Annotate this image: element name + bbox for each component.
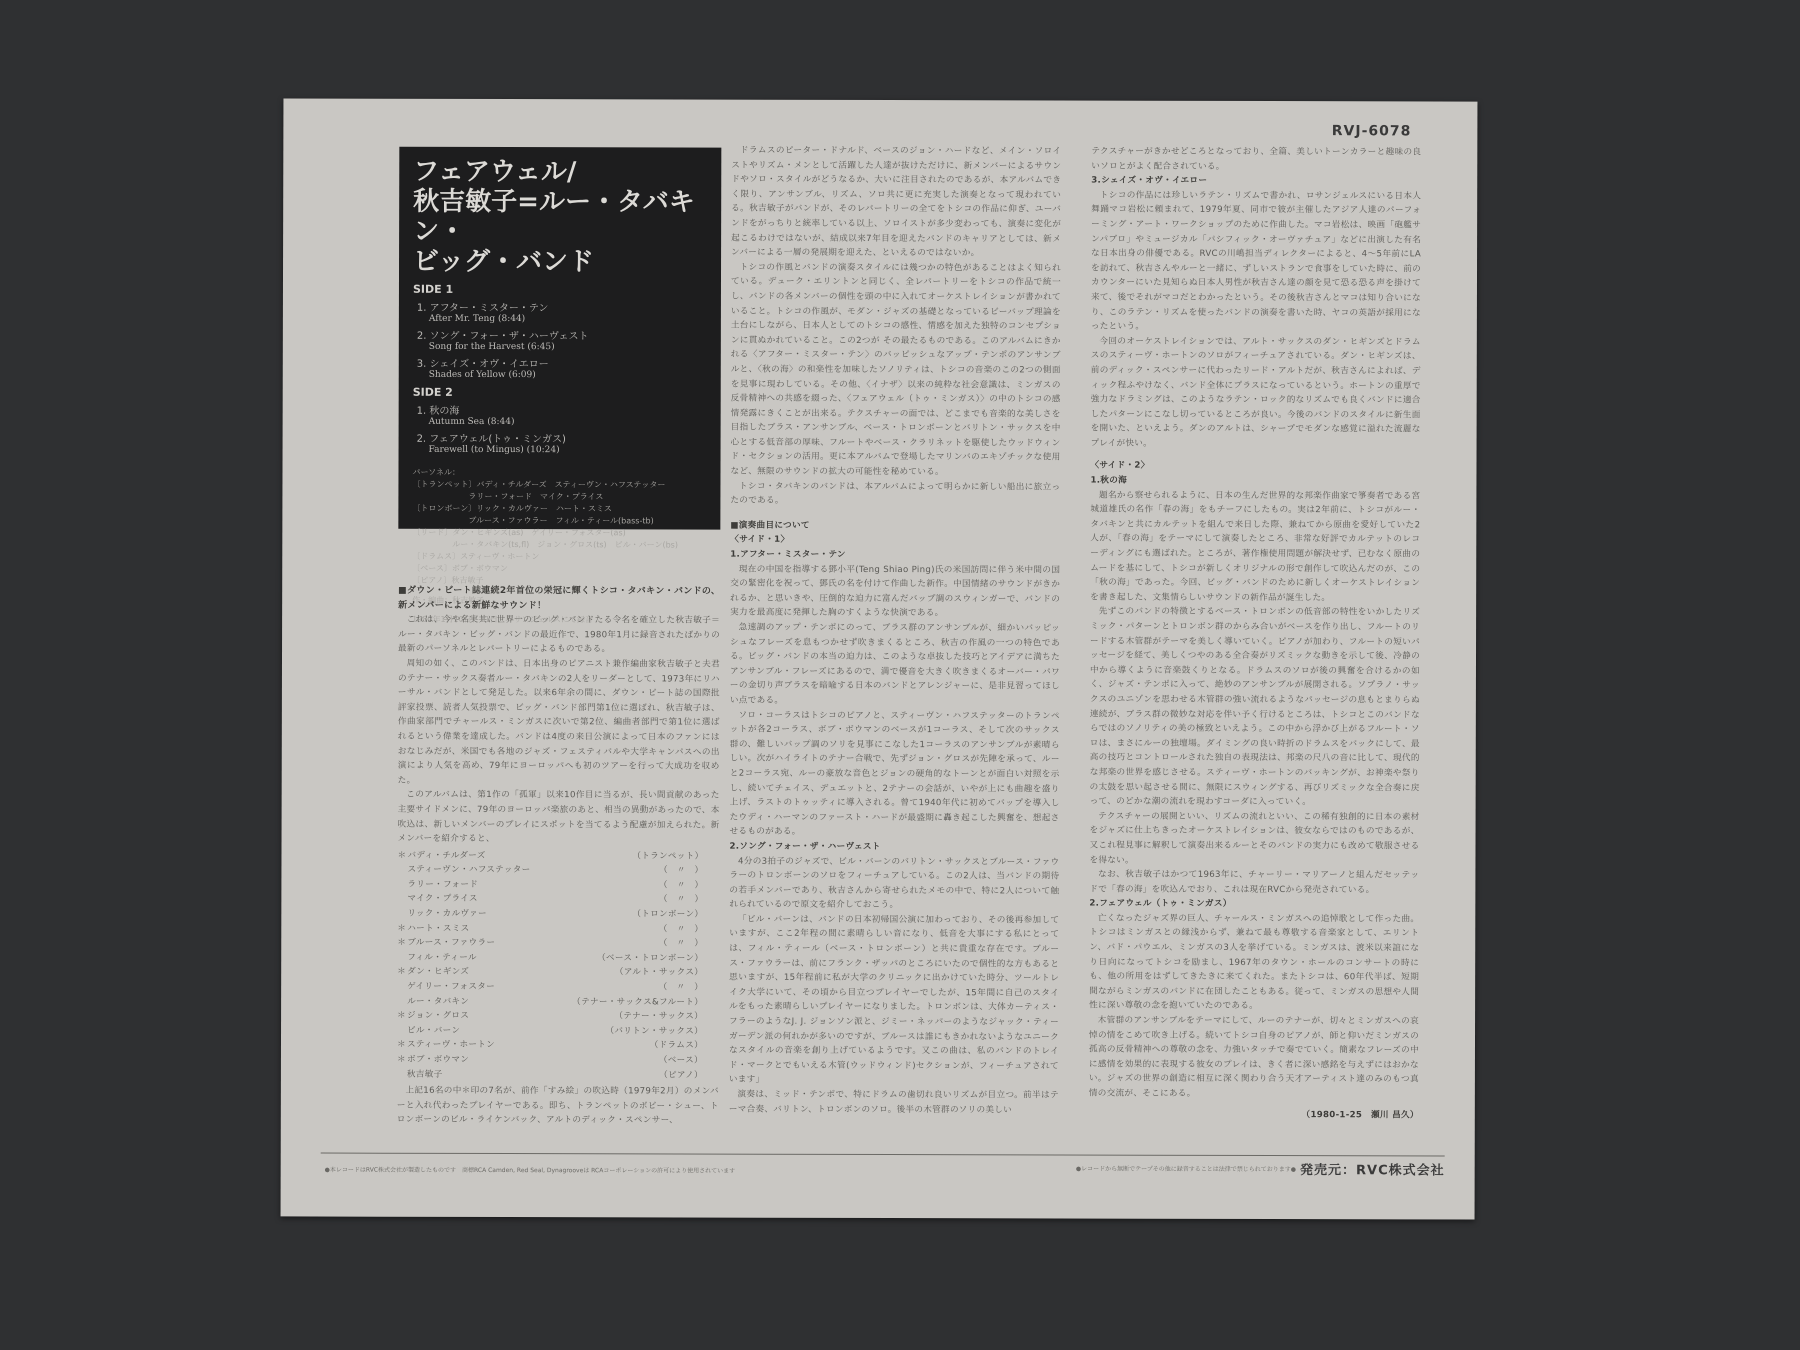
track2-heading: 2.ソング・フォー・ザ・ハーヴェスト bbox=[729, 840, 1059, 855]
member-row: ルー・タバキン（テナー・サックス&フルート） bbox=[397, 994, 719, 1009]
track-title-jp: 1. アフター・ミスター・テン bbox=[417, 299, 707, 315]
personnel: パーソネル： 〔トランペット〕バディ・チルダーズ スティーヴン・ハフステッター … bbox=[412, 467, 706, 588]
member-row: ＊ボブ・ボウマン（ベース） bbox=[397, 1053, 719, 1068]
paragraph: 木管群のアンサンブルをテーマにして、ルーのテナーが、切々とミンガスへの哀悼の情を… bbox=[1089, 1014, 1419, 1102]
paragraph: ドラムスのピーター・ドナルド、ベースのジョン・ハードなど、メイン・ソロイストやリ… bbox=[731, 144, 1061, 262]
track2-notes: 4分の3拍子のジャズで、ビル・バーンのバリトン・サックスとブルース・ファウラーの… bbox=[729, 854, 1060, 1118]
paragraph: 演奏は、ミッド・テンポで、特にドラムの歯切れ良いリズムが目立つ。前半はテーマ合奏… bbox=[729, 1088, 1059, 1118]
copyright-warning: ●レコードから無断でテープその他に録音することは法律で禁じられております● bbox=[1076, 1164, 1296, 1174]
track-title-en: Song for the Harvest (6:45) bbox=[429, 342, 707, 353]
member-instrument: （ 〃 ） bbox=[659, 878, 704, 893]
paragraph: 題名から察せられるように、日本の生んだ世界的な邦楽作曲家で箏奏者である宮城道雄氏… bbox=[1090, 488, 1420, 606]
member-row: ＊ダン・ヒギンズ（アルト・サックス） bbox=[397, 965, 719, 980]
member-instrument: （ 〃 ） bbox=[659, 893, 704, 908]
track1-notes: 現在の中国を指導する鄧小平(Teng Shiao Ping)氏の米国訪問に伴う米… bbox=[730, 562, 1061, 840]
album-title-line2: 秋吉敏子=ルー・タバキン・ bbox=[413, 187, 707, 248]
track-title-en: After Mr. Teng (8:44) bbox=[429, 314, 707, 325]
member-row: フィル・ティール（ベース・トロンボーン） bbox=[397, 951, 719, 966]
side2-tracklist: 1. 秋の海Autumn Sea (8:44)2. フェアウェル(トゥ・ミンガス… bbox=[413, 402, 707, 456]
after-members-text: 上記16名の中＊印の7名が、前作「すみ絵」の吹込時（1979年2月）のメンバーと… bbox=[397, 1084, 719, 1129]
paragraph: なお、秋吉敏子はかつて1963年に、チャーリー・マリアーノと組んだセッテッドで「… bbox=[1089, 868, 1419, 898]
paragraph: ソロ・コーラスはトシコのピアノと、スティーヴン・ハフステッターのトランペットが各… bbox=[730, 708, 1060, 840]
paragraph: 「ビル・バーンは、バンドの日本初帰国公演に加わっており、その後再参加していますが… bbox=[729, 912, 1059, 1088]
side1-label: SIDE 1 bbox=[413, 283, 707, 297]
s2track2-heading: 2.フェアウェル（トゥ・ミンガス） bbox=[1089, 897, 1419, 912]
member-row: マイク・プライス（ 〃 ） bbox=[397, 892, 719, 907]
side1-subheading: 〈サイド・1〉 bbox=[730, 533, 1060, 548]
member-instrument: （ 〃 ） bbox=[659, 922, 704, 937]
side2-label: SIDE 2 bbox=[413, 386, 707, 400]
member-name: ＊ジョン・グロス bbox=[407, 1009, 469, 1024]
member-name: ラリー・フォード bbox=[407, 878, 478, 893]
member-row: ラリー・フォード（ 〃 ） bbox=[397, 878, 719, 893]
member-name: ＊スティーヴ・ホートン bbox=[407, 1038, 495, 1053]
star-mark: ＊ bbox=[397, 1009, 407, 1024]
member-row: ＊ジョン・グロス（テナー・サックス） bbox=[397, 1009, 719, 1024]
member-row: ビル・バーン（バリトン・サックス） bbox=[397, 1024, 719, 1039]
member-name: ＊ボブ・ボウマン bbox=[407, 1053, 469, 1068]
member-name: マイク・プライス bbox=[407, 892, 478, 907]
paragraph: 周知の如く、このバンドは、日本出身のピアニスト兼作編曲家秋吉敏子と夫君のテナー・… bbox=[398, 657, 720, 789]
track2-notes-continued: テクスチャーがきかせどころとなっており、全篇、美しいトーンカラーと趣味の良いソロ… bbox=[1091, 145, 1421, 175]
title-block: フェアウェル/ 秋吉敏子=ルー・タバキン・ ビッグ・バンド SIDE 1 1. … bbox=[398, 147, 721, 530]
intro-paragraphs: これは、今や名実共に世界一のビッグ・バンドたる令名を確立した秋吉敏子＝ルー・タバ… bbox=[398, 613, 721, 847]
track1-heading: 1.アフター・ミスター・テン bbox=[730, 548, 1060, 563]
liner-notes-sheet: RVJ-6078 フェアウェル/ 秋吉敏子=ルー・タバキン・ ビッグ・バンド S… bbox=[281, 98, 1478, 1219]
member-name: リック・カルヴァー bbox=[407, 907, 487, 922]
member-name: ＊ダン・ヒギンズ bbox=[407, 965, 469, 980]
track-title-jp: 3. シェイズ・オヴ・イエロー bbox=[417, 355, 707, 371]
member-row: リック・カルヴァー（トロンボーン） bbox=[397, 907, 719, 922]
star-mark: ＊ bbox=[397, 965, 407, 980]
column2-paragraphs: ドラムスのピーター・ドナルド、ベースのジョン・ハードなど、メイン・ソロイストやリ… bbox=[730, 144, 1061, 510]
member-instrument: （テナー・サックス&フルート） bbox=[572, 995, 703, 1010]
member-name: 秋吉敏子 bbox=[407, 1067, 443, 1082]
side2-subheading: 〈サイド・2〉 bbox=[1090, 459, 1420, 474]
album-title-line3: ビッグ・バンド bbox=[413, 247, 707, 278]
track-title-en: Shades of Yellow (6:09) bbox=[429, 370, 707, 381]
member-instrument: （ベース） bbox=[659, 1053, 703, 1068]
member-name: ＊ブルース・ファウラー bbox=[407, 936, 495, 951]
member-name: ルー・タバキン bbox=[407, 994, 469, 1009]
paragraph: トシコの作品には珍しいラテン・リズムで書かれ、ロサンジェルスにいる日本人舞踊マコ… bbox=[1091, 188, 1421, 335]
member-instrument: （ 〃 ） bbox=[659, 980, 704, 995]
catalog-number: RVJ-6078 bbox=[1332, 123, 1412, 139]
track-title-en: Autumn Sea (8:44) bbox=[429, 417, 707, 428]
member-row: ＊ハート・スミス（ 〃 ） bbox=[397, 921, 719, 936]
member-name: フィル・ティール bbox=[407, 951, 477, 966]
star-mark: ＊ bbox=[397, 848, 407, 863]
track-title-jp: 2. フェアウェル(トゥ・ミンガス) bbox=[417, 430, 707, 446]
member-name: スティーヴン・ハフステッター bbox=[407, 863, 530, 878]
footer-trademark-note: ●本レコードはRVC株式会社が製造したものです 商標RCA Camden, Re… bbox=[325, 1165, 735, 1175]
member-instrument: （ベース・トロンボーン） bbox=[597, 951, 703, 966]
track-title-en: Farewell (to Mingus) (10:24) bbox=[429, 445, 707, 456]
column-2: ドラムスのピーター・ドナルド、ベースのジョン・ハードなど、メイン・ソロイストやリ… bbox=[729, 144, 1062, 1118]
column-3: テクスチャーがきかせどころとなっており、全篇、美しいトーンカラーと趣味の良いソロ… bbox=[1089, 145, 1422, 1123]
track-title-jp: 1. 秋の海 bbox=[417, 402, 707, 418]
star-mark: ＊ bbox=[397, 1038, 407, 1053]
s2track1-heading: 1.秋の海 bbox=[1090, 474, 1420, 489]
author-signature: （1980-1-25 瀬川 昌久） bbox=[1089, 1107, 1419, 1122]
paragraph: 現在の中国を指導する鄧小平(Teng Shiao Ping)氏の米国訪問に伴う米… bbox=[730, 562, 1060, 621]
paragraph: トシコ・タバキンのバンドは、本アルバムによって明らかに新しい船出に旅立ったのであ… bbox=[730, 479, 1060, 509]
member-name: ビル・バーン bbox=[407, 1024, 460, 1039]
paragraph: これは、今や名実共に世界一のビッグ・バンドたる令名を確立した秋吉敏子＝ルー・タバ… bbox=[398, 613, 720, 658]
member-row: ＊ブルース・ファウラー（ 〃 ） bbox=[397, 936, 719, 951]
footer-divider bbox=[321, 1153, 1445, 1157]
member-name: ＊ハート・スミス bbox=[407, 921, 469, 936]
new-members-list: ＊バディ・チルダーズ（トランペット）スティーヴン・ハフステッター（ 〃 ）ラリー… bbox=[397, 848, 720, 1082]
paragraph: テクスチャーの展開といい、リズムの流れといい、この稀有独創的に日本の素材をジャズ… bbox=[1089, 809, 1419, 868]
member-instrument: （ドラムス） bbox=[650, 1039, 703, 1054]
side1-tracklist: 1. アフター・ミスター・テンAfter Mr. Teng (8:44)2. ソ… bbox=[413, 299, 707, 381]
member-instrument: （ 〃 ） bbox=[659, 937, 704, 952]
star-mark: ＊ bbox=[397, 936, 407, 951]
track3-notes: トシコの作品には珍しいラテン・リズムで書かれ、ロサンジェルスにいる日本人舞踊マコ… bbox=[1091, 188, 1422, 452]
member-row: スティーヴン・ハフステッター（ 〃 ） bbox=[397, 863, 719, 878]
member-name: ゲイリー・フォスター bbox=[407, 980, 495, 995]
tracks-section-heading: ■演奏曲目について bbox=[730, 518, 1060, 533]
paragraph: 急速調のアップ・テンポにのって、ブラス群のアンサンブルが、細かいバッピッシュなフ… bbox=[730, 621, 1060, 709]
member-instrument: （バリトン・サックス） bbox=[605, 1024, 703, 1039]
paragraph: このアルバムは、第1作の「孤軍」以来10作目に当るが、長い間貢献のあった主要サイ… bbox=[398, 788, 720, 847]
member-instrument: （ 〃 ） bbox=[659, 864, 704, 879]
album-title-line1: フェアウェル/ bbox=[413, 157, 707, 188]
member-row: ＊スティーヴ・ホートン（ドラムス） bbox=[397, 1038, 719, 1053]
member-instrument: （アルト・サックス） bbox=[615, 966, 703, 981]
member-instrument: （テナー・サックス） bbox=[614, 1010, 703, 1025]
member-instrument: （ピアノ） bbox=[659, 1068, 703, 1083]
s2track1-notes: 題名から察せられるように、日本の生んだ世界的な邦楽作曲家で箏奏者である宮城道雄氏… bbox=[1089, 488, 1420, 897]
paragraph: 亡くなったジャズ界の巨人、チャールス・ミンガスへの追悼歌として作った曲。トシコは… bbox=[1089, 911, 1419, 1014]
track3-heading: 3.シェイズ・オヴ・イエロー bbox=[1091, 174, 1421, 189]
member-row: ゲイリー・フォスター（ 〃 ） bbox=[397, 980, 719, 995]
track-title-jp: 2. ソング・フォー・ザ・ハーヴェスト bbox=[417, 327, 707, 343]
member-row: ＊バディ・チルダーズ（トランペット） bbox=[397, 848, 719, 863]
paragraph: 今回のオーケストレイションでは、アルト・サックスのダン・ヒギンズとドラムスのステ… bbox=[1091, 334, 1421, 452]
column-1: ■ダウン・ビート誌連続2年首位の栄冠に輝くトシコ・タバキン・バンドの、新メンバー… bbox=[397, 584, 720, 1129]
intro-heading: ■ダウン・ビート誌連続2年首位の栄冠に輝くトシコ・タバキン・バンドの、新メンバー… bbox=[398, 584, 720, 614]
paragraph: 4分の3拍子のジャズで、ビル・バーンのバリトン・サックスとブルース・ファウラーの… bbox=[729, 854, 1059, 913]
star-mark: ＊ bbox=[397, 1053, 407, 1068]
publisher-name: 発売元：RVC株式会社 bbox=[1300, 1159, 1445, 1178]
member-name: ＊バディ・チルダーズ bbox=[407, 848, 485, 863]
member-instrument: （トランペット） bbox=[632, 849, 703, 864]
footer-publisher: ●レコードから無断でテープその他に録音することは法律で禁じられております● 発売… bbox=[1076, 1159, 1445, 1179]
s2track2-notes: 亡くなったジャズ界の巨人、チャールス・ミンガスへの追悼歌として作った曲。トシコは… bbox=[1089, 911, 1419, 1102]
star-mark: ＊ bbox=[397, 921, 407, 936]
paragraph: トシコの作風とバンドの演奏スタイルには幾つかの特色があることはよく知られている。… bbox=[730, 260, 1061, 480]
member-row: 秋吉敏子（ピアノ） bbox=[397, 1067, 719, 1082]
paragraph: 先ずこのバンドの特徴とするベース・トロンボンの低音部の特性をいかしたリズミック・… bbox=[1090, 605, 1421, 810]
member-instrument: （トロンボーン） bbox=[632, 907, 703, 922]
